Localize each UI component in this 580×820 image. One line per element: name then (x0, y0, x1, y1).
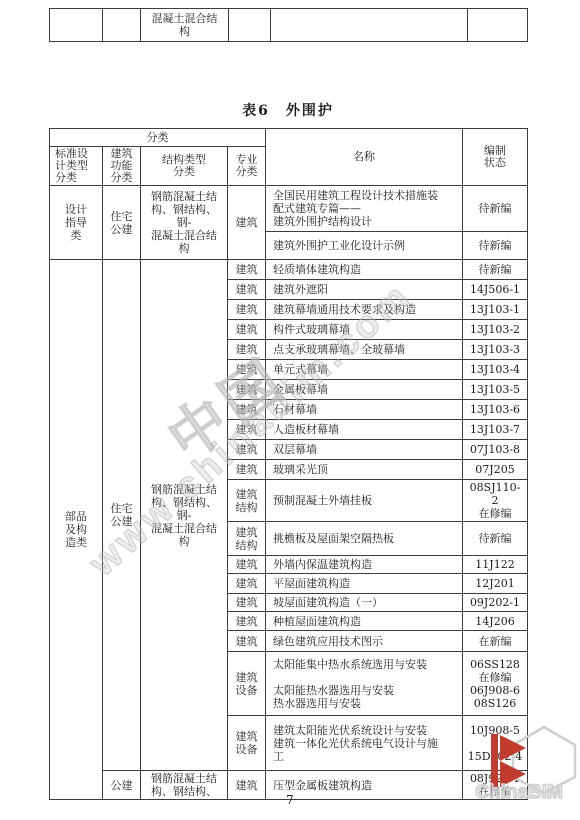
status-cell: 10J908-5 15D202-4 (463, 716, 528, 771)
status-cell: 待新编 (463, 260, 528, 280)
table-title: 表6 外围护 (49, 100, 527, 120)
discipline-cell: 建筑 (228, 360, 266, 380)
discipline-cell: 建筑 设备 (228, 716, 266, 771)
structure-type-cell: 混凝土混合结 构 (141, 9, 229, 42)
name-cell: 全国民用建筑工程设计技术措施装 配式建筑专篇—— 建筑外围护结构设计 (266, 186, 463, 232)
discipline-cell: 建筑 (228, 300, 266, 320)
table-row: 混凝土混合结 构 (50, 9, 528, 42)
name-cell: 挑檐板及屋面架空隔热板 (266, 522, 463, 556)
discipline-cell: 建筑 (228, 612, 266, 631)
discipline-cell: 建筑 (228, 186, 266, 260)
name-cell: 轻质墙体建筑构造 (266, 260, 463, 280)
empty-cell (229, 9, 271, 42)
name-cell: 点支承玻璃幕墙、全玻幕墙 (266, 340, 463, 360)
discipline-cell: 建筑 (228, 280, 266, 300)
status-cell: 13J103-3 (463, 340, 528, 360)
header-name: 名称 (266, 129, 463, 186)
status-cell: 14J206 (463, 612, 528, 631)
name-cell: 太阳能集中热水系统选用与安装 太阳能热水器选用与安装 热水器选用与安装 (266, 652, 463, 716)
name-cell: 建筑外遮阳 (266, 280, 463, 300)
name-cell: 种植屋面建筑构造 (266, 612, 463, 631)
function-cell: 住宅 公建 (103, 186, 141, 260)
status-cell: 07J103-8 (463, 440, 528, 460)
discipline-cell: 建筑 (228, 556, 266, 574)
name-cell: 绿色建筑应用技术图示 (266, 631, 463, 652)
discipline-cell: 建筑 (228, 594, 266, 612)
discipline-cell: 建筑 (228, 460, 266, 480)
header-status: 编制 状态 (463, 129, 528, 186)
status-cell: 09J202-1 (463, 594, 528, 612)
empty-cell (50, 9, 103, 42)
discipline-cell: 建筑 (228, 340, 266, 360)
table-row: 设计 指导 类 住宅 公建 钢筋混凝土结 构、钢结构、 钢- 混凝土混合结 构 … (50, 186, 528, 232)
discipline-cell: 建筑 (228, 380, 266, 400)
discipline-cell: 建筑 (228, 260, 266, 280)
header-standard-design-type: 标准设 计类型 分类 (50, 147, 103, 186)
name-cell: 构件式玻璃幕墙 (266, 320, 463, 340)
status-cell: 13J103-2 (463, 320, 528, 340)
name-cell: 外墙内保温建筑构造 (266, 556, 463, 574)
discipline-cell: 建筑 结构 (228, 480, 266, 522)
status-cell: 07J205 (463, 460, 528, 480)
status-cell: 13J103-5 (463, 380, 528, 400)
status-cell: 在新编 (463, 631, 528, 652)
page-number: 7 (0, 793, 580, 807)
name-cell: 人造板材幕墙 (266, 420, 463, 440)
category-cell: 部品 及构 造类 (50, 260, 103, 800)
name-cell: 单元式幕墙 (266, 360, 463, 380)
discipline-cell: 建筑 (228, 320, 266, 340)
name-cell: 建筑外围护工业化设计示例 (266, 232, 463, 260)
name-cell: 预制混凝土外墙挂板 (266, 480, 463, 522)
previous-page-table: 混凝土混合结 构 (49, 8, 528, 42)
envelope-table: 分类 名称 编制 状态 标准设 计类型 分类 建筑 功能 分类 结构类型 分类 … (49, 128, 528, 800)
discipline-cell: 建筑 结构 (228, 522, 266, 556)
name-cell: 金属板幕墙 (266, 380, 463, 400)
status-cell: 待新编 (463, 232, 528, 260)
status-cell: 08SJ110- 2 在修编 (463, 480, 528, 522)
status-cell: 13J103-1 (463, 300, 528, 320)
document-page: 混凝土混合结 构 表6 外围护 分类 名称 编制 状态 标准设 计类型 分类 建… (0, 0, 580, 820)
discipline-cell: 建筑 (228, 631, 266, 652)
name-cell: 建筑太阳能光伏系统设计与安装 建筑一体化光伏系统电气设计与施 工 (266, 716, 463, 771)
empty-cell (103, 9, 141, 42)
header-discipline: 专业 分类 (228, 147, 266, 186)
table-row: 部品 及构 造类 住宅 公建 钢筋混凝土结 构、钢结构、 钢- 混凝土混合结 构… (50, 260, 528, 280)
status-cell: 13J103-7 (463, 420, 528, 440)
discipline-cell: 建筑 (228, 400, 266, 420)
status-cell: 待新编 (463, 186, 528, 232)
function-cell: 住宅 公建 (103, 260, 141, 771)
name-cell: 坡屋面建筑构造（一） (266, 594, 463, 612)
status-cell: 13J103-4 (463, 360, 528, 380)
header-row-1: 分类 名称 编制 状态 (50, 129, 528, 147)
status-cell: 12J201 (463, 574, 528, 594)
header-building-function: 建筑 功能 分类 (103, 147, 141, 186)
status-cell: 06SS128 在修编 06J908-6 08S126 (463, 652, 528, 716)
discipline-cell: 建筑 (228, 440, 266, 460)
name-cell: 平屋面建筑构造 (266, 574, 463, 594)
status-cell: 11J122 (463, 556, 528, 574)
discipline-cell: 建筑 (228, 574, 266, 594)
name-cell: 石材幕墙 (266, 400, 463, 420)
empty-cell (468, 9, 528, 42)
category-cell: 设计 指导 类 (50, 186, 103, 260)
discipline-cell: 建筑 (228, 420, 266, 440)
empty-cell (271, 9, 468, 42)
structure-type-cell: 钢筋混凝土结 构、钢结构、 钢- 混凝土混合结 构 (141, 186, 228, 260)
discipline-cell: 建筑 设备 (228, 652, 266, 716)
status-cell: 13J103-6 (463, 400, 528, 420)
name-cell: 玻璃采光顶 (266, 460, 463, 480)
status-cell: 14J506-1 (463, 280, 528, 300)
name-cell: 建筑幕墙通用技术要求及构造 (266, 300, 463, 320)
structure-type-cell: 钢筋混凝土结 构、钢结构、 钢- 混凝土混合结 构 (141, 260, 228, 771)
name-cell: 双层幕墙 (266, 440, 463, 460)
header-structure-type: 结构类型 分类 (141, 147, 228, 186)
status-cell: 待新编 (463, 522, 528, 556)
header-classification: 分类 (50, 129, 266, 147)
